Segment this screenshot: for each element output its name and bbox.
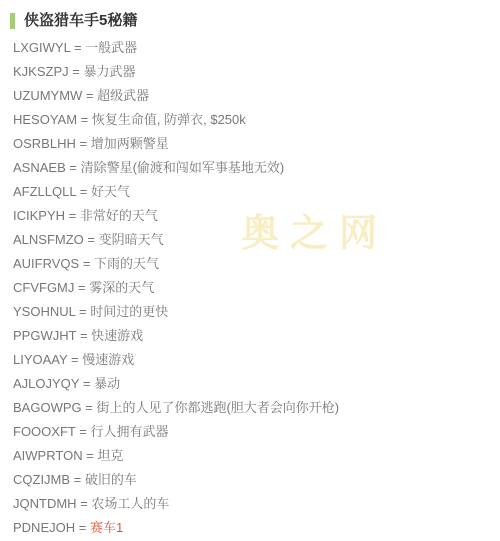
cheat-effect: 破旧的车 [85,472,137,487]
cheat-code: AFZLLQLL [13,184,76,199]
cheat-code: CQZIJMB [13,472,70,487]
cheat-row: PDNEJOH = 赛车1 [13,516,500,540]
cheat-effect-link[interactable]: 赛车1 [90,520,123,535]
cheat-row: KJKSZPJ = 暴力武器 [13,60,500,84]
cheat-code: LXGIWYL [13,40,70,55]
cheat-code: CFVFGMJ [13,280,74,295]
cheat-row: JQNTDMH = 农场工人的车 [13,492,500,516]
cheat-code: FOOOXFT [13,424,76,439]
cheat-row: CQZIJMB = 破旧的车 [13,468,500,492]
cheat-row: AFZLLQLL = 好天气 [13,180,500,204]
cheat-effect: 行人拥有武器 [90,424,168,439]
cheat-row: ASNAEB = 清除警星(偷渡和闯如军事基地无效) [13,156,500,180]
cheat-effect: 一般武器 [85,40,137,55]
cheat-effect: 变阴暗天气 [99,232,164,247]
cheat-code: LIYOAAY [13,352,67,367]
cheat-effect: 非常好的天气 [80,208,158,223]
cheat-row: CFVFGMJ = 雾深的天气 [13,276,500,300]
cheat-effect: 农场工人的车 [91,496,169,511]
cheat-effect: 街上的人见了你都逃跑(胆大者会向你开枪) [96,400,339,415]
cheat-code: PPGWJHT [13,328,76,343]
cheat-row: AJLOJYQY = 暴动 [13,372,500,396]
cheat-effect: 快速游戏 [91,328,143,343]
cheat-effect: 坦克 [97,448,123,463]
cheat-code: AIWPRTON [13,448,83,463]
cheat-code: AJLOJYQY [13,376,79,391]
cheat-effect: 雾深的天气 [89,280,154,295]
cheat-effect: 增加两颗警星 [91,136,169,151]
cheat-code: ALNSFMZO [13,232,84,247]
cheat-effect: 超级武器 [97,88,149,103]
cheat-code: ASNAEB [13,160,66,175]
cheat-row: YSOHNUL = 时间过的更快 [13,300,500,324]
cheat-effect: 暴力武器 [83,64,135,79]
cheat-effect: 好天气 [91,184,130,199]
cheat-row: AIWPRTON = 坦克 [13,444,500,468]
cheat-effect: 暴动 [94,376,120,391]
cheat-code: YSOHNUL [13,304,75,319]
cheat-row: BAGOWPG = 街上的人见了你都逃跑(胆大者会向你开枪) [13,396,500,420]
cheat-code: ICIKPYH [13,208,65,223]
cheat-code: HESOYAM [13,112,77,127]
cheat-row: ICIKPYH = 非常好的天气 [13,204,500,228]
cheat-row: UZUMYMW = 超级武器 [13,84,500,108]
page-title: 侠盗猎车手5秘籍 [24,13,137,29]
cheat-row: FOOOXFT = 行人拥有武器 [13,420,500,444]
cheat-code: KJKSZPJ [13,64,69,79]
cheat-row: ALNSFMZO = 变阴暗天气 [13,228,500,252]
cheat-row: LIYOAAY = 慢速游戏 [13,348,500,372]
cheat-effect: 下雨的天气 [94,256,159,271]
cheat-effect: 慢速游戏 [82,352,134,367]
cheat-row: LXGIWYL = 一般武器 [13,36,500,60]
cheat-list: LXGIWYL = 一般武器KJKSZPJ = 暴力武器UZUMYMW = 超级… [0,36,500,540]
cheat-effect: 恢复生命值, 防弹衣, $250k [92,112,246,127]
cheat-row: PPGWJHT = 快速游戏 [13,324,500,348]
cheat-code: BAGOWPG [13,400,82,415]
cheat-code: AUIFRVQS [13,256,79,271]
cheat-row: HESOYAM = 恢复生命值, 防弹衣, $250k [13,108,500,132]
page-header: 侠盗猎车手5秘籍 [0,0,500,33]
cheat-row: AUIFRVQS = 下雨的天气 [13,252,500,276]
cheat-code: UZUMYMW [13,88,82,103]
cheat-code: OSRBLHH [13,136,76,151]
cheat-code: JQNTDMH [13,496,77,511]
accent-bar-icon [10,13,15,29]
cheat-effect: 时间过的更快 [90,304,168,319]
cheat-effect: 清除警星(偷渡和闯如军事基地无效) [81,160,285,175]
cheat-code: PDNEJOH [13,520,75,535]
cheat-row: OSRBLHH = 增加两颗警星 [13,132,500,156]
